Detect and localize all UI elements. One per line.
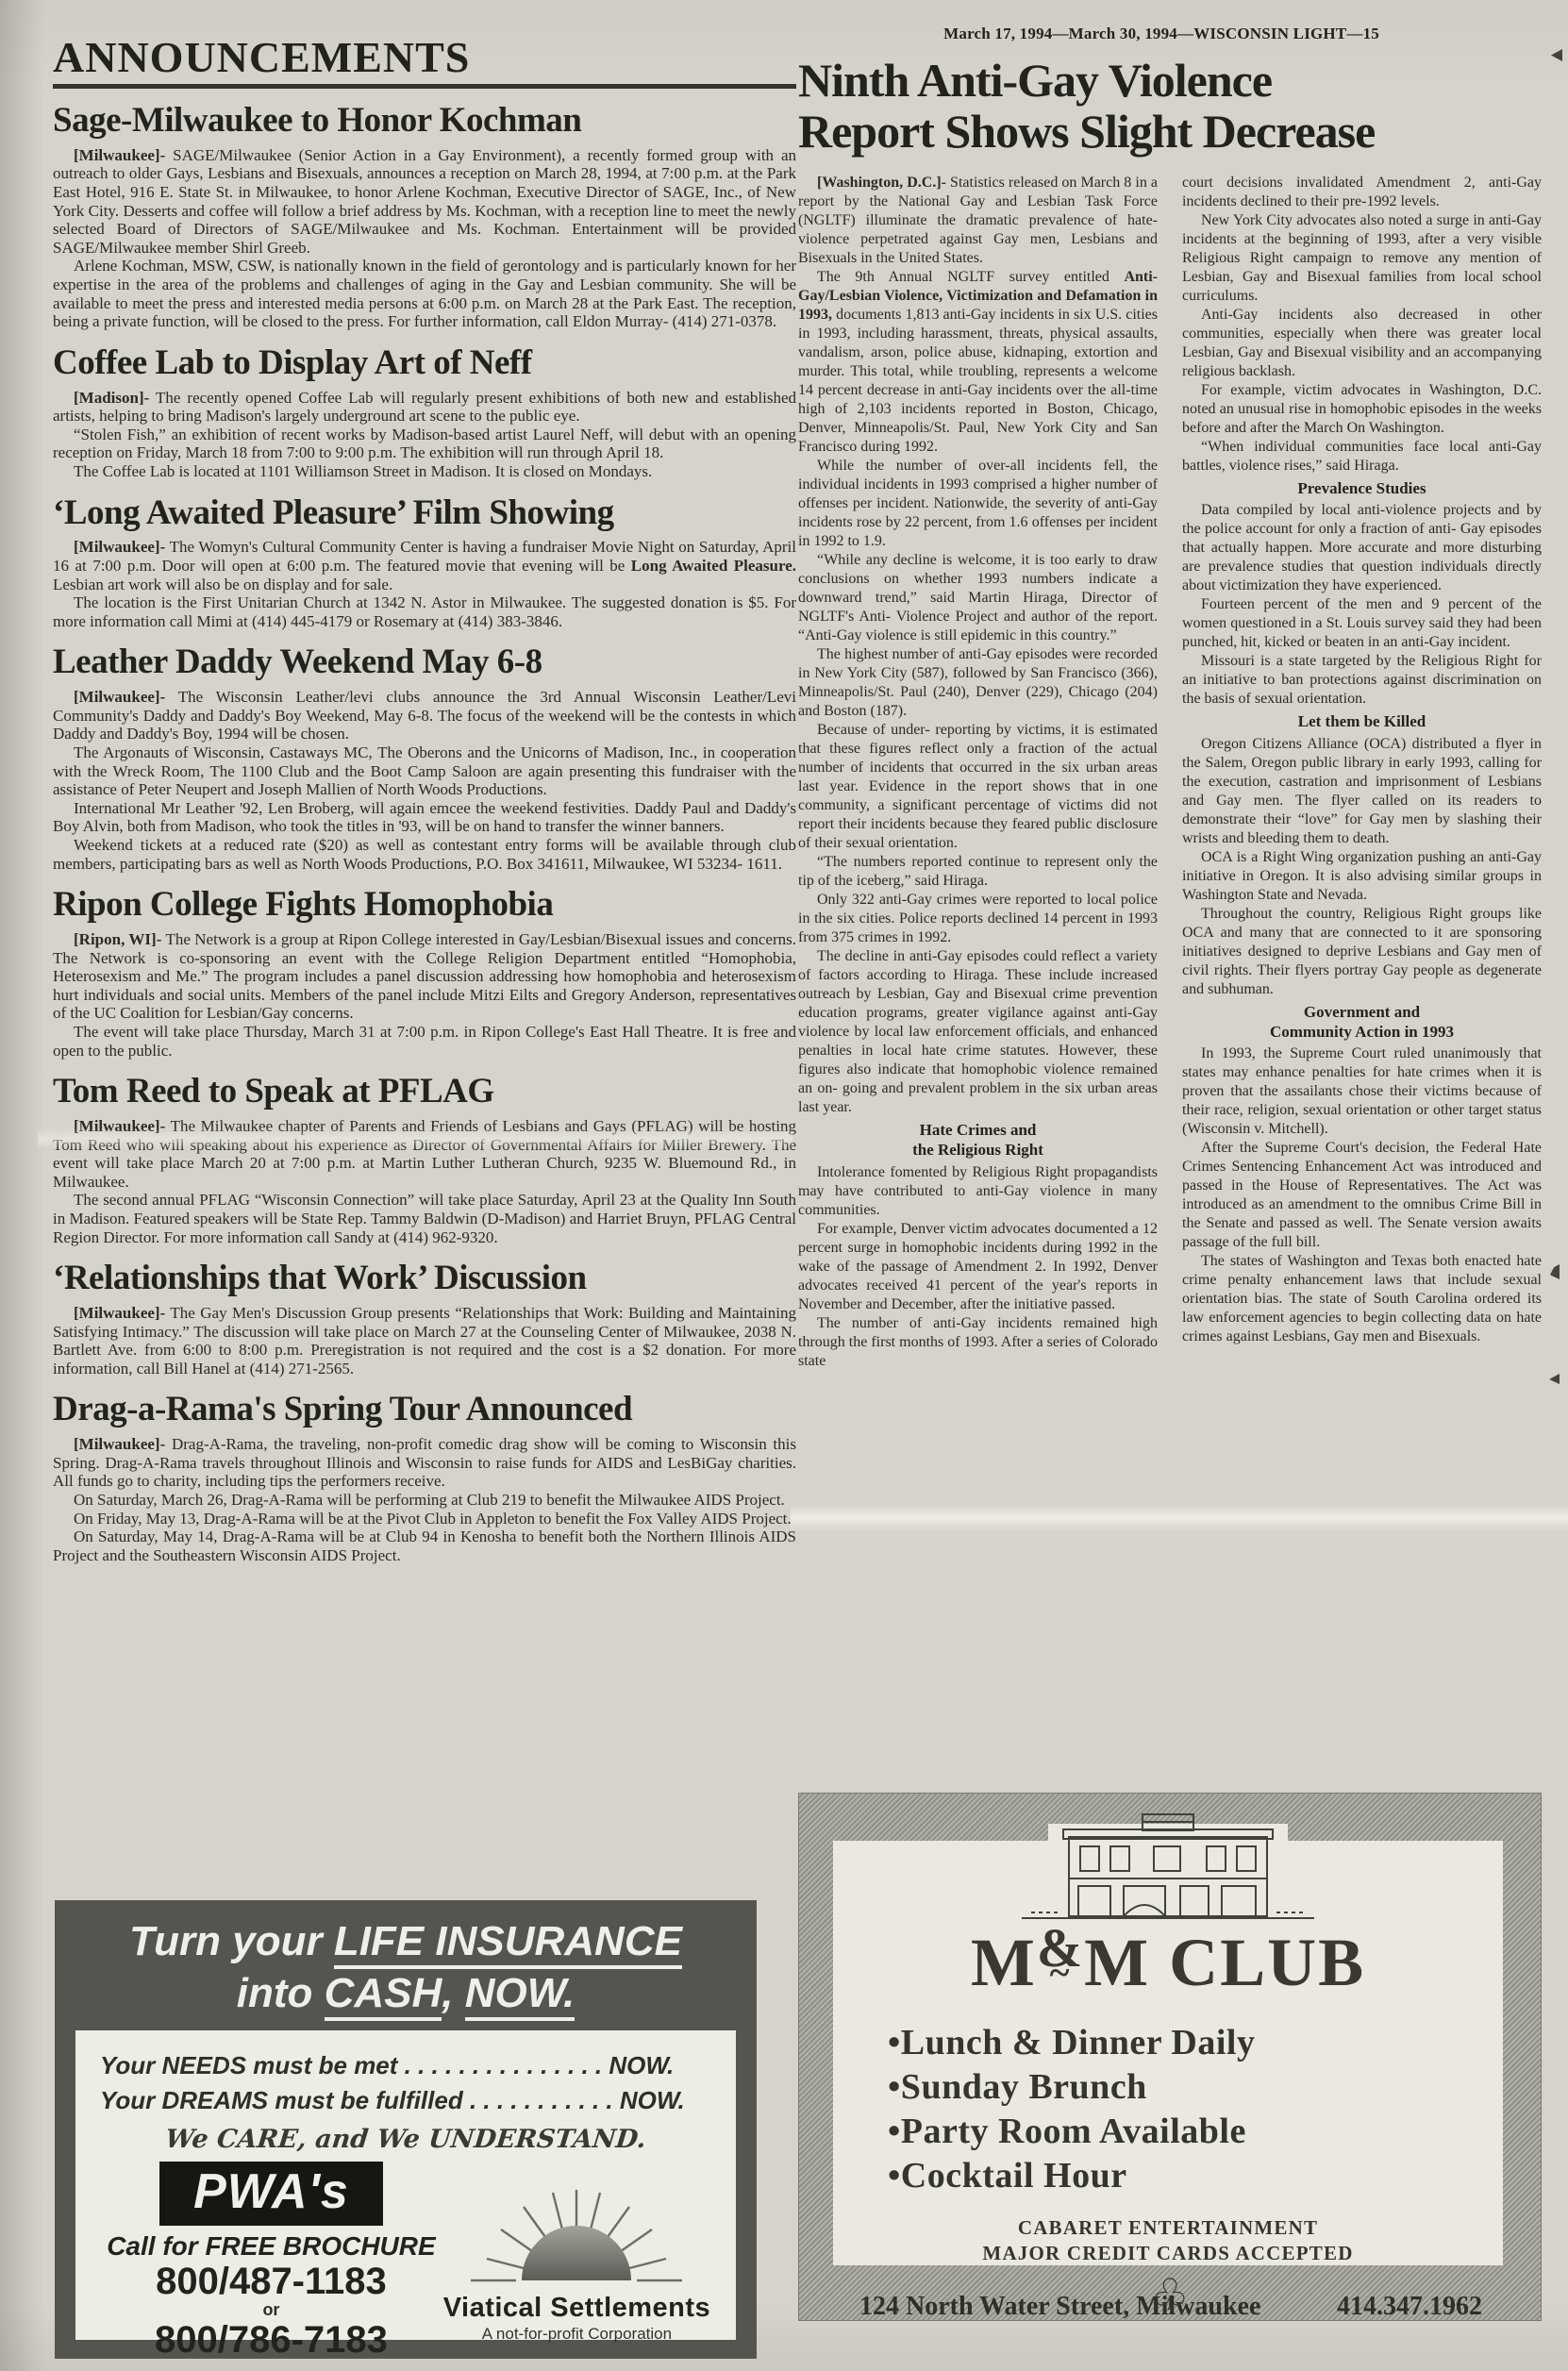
article-paragraph: For example, Denver victim advocates doc…: [798, 1220, 1158, 1314]
article-paragraph: Intolerance fomented by Religious Right …: [798, 1163, 1158, 1220]
headline-line1: Turn your LIFE INSURANCE: [55, 1915, 757, 1967]
building-illustration-icon: [1012, 1811, 1324, 1922]
article-paragraph: [Milwaukee]- The Womyn's Cultural Commun…: [53, 538, 796, 593]
needs-line: Your NEEDS must be met . . . . . . . . .…: [100, 2051, 711, 2080]
article-paragraph: The location is the First Unitarian Chur…: [53, 593, 796, 630]
article-paragraph: “While any decline is welcome, it is too…: [798, 551, 1158, 645]
service-line: CABARET ENTERTAINMENT: [833, 2215, 1503, 2241]
phone-number-2: 800/786-7183: [100, 2320, 442, 2360]
article-paragraph: The 9th Annual NGLTF survey entitled Ant…: [798, 268, 1158, 457]
article-paragraph: court decisions invalidated Amendment 2,…: [1182, 174, 1542, 211]
article-film-showing: ‘Long Awaited Pleasure’ Film Showing [Mi…: [53, 495, 796, 631]
list-item: •Lunch & Dinner Daily: [888, 2021, 1503, 2065]
article-headline: Coffee Lab to Display Art of Neff: [53, 345, 796, 382]
underlined-text: CASH: [325, 1970, 442, 2021]
article-paragraph: The states of Washington and Texas both …: [1182, 1252, 1542, 1346]
article-relationships-discussion: ‘Relationships that Work’ Discussion [Mi…: [53, 1261, 796, 1378]
subhead-prevalence-studies: Prevalence Studies: [1182, 478, 1542, 498]
feature-article: Ninth Anti-Gay ViolenceReport Shows Slig…: [798, 55, 1542, 1728]
mm-club-phone: 414.347.1962: [1337, 2292, 1482, 2322]
article-dateline: [Milwaukee]-: [74, 1117, 165, 1135]
article-headline: Ripon College Fights Homophobia: [53, 887, 796, 924]
article-paragraph: While the number of over-all incidents f…: [798, 457, 1158, 551]
newspaper-page: March 17, 1994—March 30, 1994—WISCONSIN …: [0, 0, 1568, 2371]
pwa-brand-badge: PWA's: [159, 2162, 383, 2226]
service-line: MAJOR CREDIT CARDS ACCEPTED: [833, 2241, 1503, 2266]
feature-column-1: [Washington, D.C.]- Statistics released …: [798, 174, 1158, 1728]
article-dateline: [Milwaukee]-: [74, 1435, 165, 1453]
article-ripon-college: Ripon College Fights Homophobia [Ripon, …: [53, 887, 796, 1060]
article-paragraph: “The numbers reported continue to repres…: [798, 853, 1158, 891]
article-paragraph: [Washington, D.C.]- Statistics released …: [798, 174, 1158, 268]
mm-club-ad-inner: M&~M CLUB •Lunch & Dinner Daily •Sunday …: [833, 1841, 1503, 2265]
logo-letter: M: [971, 1925, 1037, 2000]
paragraph-text: Lesbian art work will also be on display…: [53, 576, 392, 593]
print-artifact: [1549, 1374, 1560, 1384]
section-title: ANNOUNCEMENTS: [53, 32, 796, 82]
list-item: •Party Room Available: [888, 2110, 1503, 2154]
article-paragraph: The highest number of anti-Gay episodes …: [798, 645, 1158, 721]
article-paragraph: Oregon Citizens Alliance (OCA) distribut…: [1182, 735, 1542, 848]
article-paragraph: The number of anti-Gay incidents remaine…: [798, 1314, 1158, 1371]
logo-letters: M CLUB: [1084, 1925, 1365, 2000]
article-paragraph: International Mr Leather '92, Len Brober…: [53, 799, 796, 836]
mm-club-address: 124 North Water Street, Milwaukee: [859, 2292, 1260, 2322]
article-paragraph: OCA is a Right Wing organization pushing…: [1182, 848, 1542, 905]
ampersand-tilde-mark: &~: [1037, 1931, 1084, 1980]
masthead-dateline: March 17, 1994—March 30, 1994—WISCONSIN …: [798, 25, 1379, 43]
article-headline: ‘Relationships that Work’ Discussion: [53, 1261, 796, 1297]
article-coffee-lab: Coffee Lab to Display Art of Neff [Madis…: [53, 345, 796, 481]
tagline: We CARE, and We UNDERSTAND.: [98, 2125, 712, 2154]
article-paragraph: New York City advocates also noted a sur…: [1182, 211, 1542, 306]
article-paragraph: The decline in anti-Gay episodes could r…: [798, 947, 1158, 1117]
mm-club-feature-list: •Lunch & Dinner Daily •Sunday Brunch •Pa…: [833, 2021, 1503, 2198]
article-dateline: [Madison]-: [74, 389, 149, 407]
article-headline: Tom Reed to Speak at PFLAG: [53, 1074, 796, 1110]
article-paragraph: Arlene Kochman, MSW, CSW, is nationally …: [53, 257, 796, 330]
feature-column-2: court decisions invalidated Amendment 2,…: [1182, 174, 1542, 1728]
article-tom-reed-pflag: Tom Reed to Speak at PFLAG [Milwaukee]- …: [53, 1074, 796, 1246]
feature-headline-line2: Report Shows Slight Decrease: [798, 105, 1375, 158]
article-paragraph: On Friday, May 13, Drag-A-Rama will be a…: [53, 1510, 796, 1528]
article-sage-milwaukee: Sage-Milwaukee to Honor Kochman [Milwauk…: [53, 103, 796, 331]
paragraph-text: Drag-A-Rama, the traveling, non-profit c…: [53, 1435, 796, 1490]
article-drag-a-rama: Drag-a-Rama's Spring Tour Announced [Mil…: [53, 1392, 796, 1564]
article-headline: Sage-Milwaukee to Honor Kochman: [53, 103, 796, 140]
mm-club-ad: M&~M CLUB •Lunch & Dinner Daily •Sunday …: [798, 1793, 1542, 2321]
dreams-line: Your DREAMS must be fulfilled . . . . . …: [100, 2086, 711, 2115]
viatical-ad-body: Your NEEDS must be met . . . . . . . . .…: [75, 2030, 736, 2340]
article-paragraph: The Coffee Lab is located at 1101 Willia…: [53, 462, 796, 481]
article-paragraph: Fourteen percent of the men and 9 percen…: [1182, 595, 1542, 652]
article-paragraph: The second annual PFLAG “Wisconsin Conne…: [53, 1191, 796, 1246]
article-dateline: [Milwaukee]-: [74, 146, 165, 164]
article-paragraph: [Milwaukee]- The Milwaukee chapter of Pa…: [53, 1117, 796, 1191]
headline-line2: into CASH, NOW.: [55, 1967, 757, 2019]
underlined-text: NOW.: [465, 1970, 575, 2021]
article-headline: Leather Daddy Weekend May 6-8: [53, 644, 796, 681]
article-paragraph: [Milwaukee]- The Wisconsin Leather/levi …: [53, 688, 796, 743]
paragraph-text: The Network is a group at Ripon College …: [53, 930, 796, 1022]
announcements-column: ANNOUNCEMENTS Sage-Milwaukee to Honor Ko…: [53, 32, 796, 1893]
feature-columns: [Washington, D.C.]- Statistics released …: [798, 174, 1542, 1728]
print-artifact: [1550, 1264, 1560, 1279]
paragraph-text: SAGE/Milwaukee (Senior Action in a Gay E…: [53, 146, 796, 257]
article-paragraph: For example, victim advocates in Washing…: [1182, 381, 1542, 438]
article-paragraph: “When individual communities face local …: [1182, 438, 1542, 476]
viatical-ad-bottom-row: PWA's Call for FREE BROCHURE 800/487-118…: [100, 2162, 711, 2360]
article-dateline: [Washington, D.C.]-: [817, 175, 946, 191]
article-paragraph: [Ripon, WI]- The Network is a group at R…: [53, 930, 796, 1023]
rising-sun-icon: [463, 2186, 690, 2286]
movie-title: Long Awaited Pleasure.: [631, 557, 796, 575]
article-dateline: [Milwaukee]-: [74, 688, 165, 706]
article-paragraph: [Milwaukee]- SAGE/Milwaukee (Senior Acti…: [53, 146, 796, 258]
article-paragraph: The event will take place Thursday, Marc…: [53, 1023, 796, 1060]
article-paragraph: Missouri is a state targeted by the Reli…: [1182, 652, 1542, 709]
leaf-icon: ♧: [1150, 2269, 1189, 2320]
paragraph-text: The Gay Men's Discussion Group presents …: [53, 1304, 796, 1378]
mm-club-logotype: M&~M CLUB: [833, 1929, 1503, 1996]
article-paragraph: After the Supreme Court's decision, the …: [1182, 1139, 1542, 1252]
subhead-hate-crimes: Hate Crimes and the Religious Right: [798, 1120, 1158, 1160]
article-paragraph: Throughout the country, Religious Right …: [1182, 905, 1542, 999]
article-paragraph: Because of under- reporting by victims, …: [798, 721, 1158, 853]
feature-headline-line1: Ninth Anti-Gay Violence: [798, 54, 1272, 107]
paragraph-text: documents 1,813 anti-Gay incidents in si…: [798, 307, 1158, 455]
list-item: •Sunday Brunch: [888, 2065, 1503, 2110]
feature-headline: Ninth Anti-Gay ViolenceReport Shows Slig…: [798, 55, 1542, 157]
paragraph-text: The recently opened Coffee Lab will regu…: [53, 389, 796, 426]
article-leather-daddy: Leather Daddy Weekend May 6-8 [Milwaukee…: [53, 644, 796, 873]
article-paragraph: [Milwaukee]- The Gay Men's Discussion Gr…: [53, 1304, 796, 1378]
article-paragraph: Anti-Gay incidents also decreased in oth…: [1182, 306, 1542, 381]
mm-club-services: CABARET ENTERTAINMENT MAJOR CREDIT CARDS…: [833, 2215, 1503, 2267]
subhead-government-action: Government and Community Action in 1993: [1182, 1002, 1542, 1043]
paragraph-text: The Wisconsin Leather/levi clubs announc…: [53, 688, 796, 743]
viatical-settlements-ad: Turn your LIFE INSURANCE into CASH, NOW.…: [55, 1900, 757, 2359]
article-dateline: [Milwaukee]-: [74, 1304, 165, 1322]
article-paragraph: On Saturday, March 26, Drag-A-Rama will …: [53, 1491, 796, 1510]
article-paragraph: “Stolen Fish,” an exhibition of recent w…: [53, 426, 796, 462]
article-paragraph: [Madison]- The recently opened Coffee La…: [53, 389, 796, 426]
article-dateline: [Milwaukee]-: [74, 538, 165, 556]
paragraph-text: The 9th Annual NGLTF survey entitled: [817, 269, 1124, 285]
underlined-text: LIFE INSURANCE: [334, 1918, 682, 1969]
article-paragraph: On Saturday, May 14, Drag-A-Rama will be…: [53, 1528, 796, 1564]
phone-number-1: 800/487-1183: [100, 2262, 442, 2301]
section-rule: [53, 84, 796, 89]
paragraph-text: The Milwaukee chapter of Parents and Fri…: [53, 1117, 796, 1191]
article-paragraph: Data compiled by local anti-violence pro…: [1182, 501, 1542, 595]
subhead-let-them-be-killed: Let them be Killed: [1182, 711, 1542, 731]
article-headline: ‘Long Awaited Pleasure’ Film Showing: [53, 495, 796, 532]
viatical-logo-subtitle: A not-for-profit Corporation: [442, 2325, 711, 2344]
article-paragraph: In 1993, the Supreme Court ruled unanimo…: [1182, 1044, 1542, 1139]
viatical-logo-block: Viatical Settlements A not-for-profit Co…: [442, 2162, 711, 2344]
list-item: •Cocktail Hour: [888, 2154, 1503, 2198]
or-label: or: [100, 2301, 442, 2320]
brochure-cta: Call for FREE BROCHURE: [100, 2231, 442, 2262]
pwa-block: PWA's Call for FREE BROCHURE 800/487-118…: [100, 2162, 442, 2360]
article-dateline: [Ripon, WI]-: [74, 930, 161, 948]
article-paragraph: Only 322 anti-Gay crimes were reported t…: [798, 891, 1158, 947]
viatical-logo-name: Viatical Settlements: [442, 2293, 711, 2324]
viatical-ad-headline: Turn your LIFE INSURANCE into CASH, NOW.: [55, 1900, 757, 2019]
article-paragraph: [Milwaukee]- Drag-A-Rama, the traveling,…: [53, 1435, 796, 1491]
article-headline: Drag-a-Rama's Spring Tour Announced: [53, 1392, 796, 1428]
article-paragraph: The Argonauts of Wisconsin, Castaways MC…: [53, 743, 796, 799]
article-paragraph: Weekend tickets at a reduced rate ($20) …: [53, 836, 796, 873]
print-artifact: [1551, 49, 1562, 61]
